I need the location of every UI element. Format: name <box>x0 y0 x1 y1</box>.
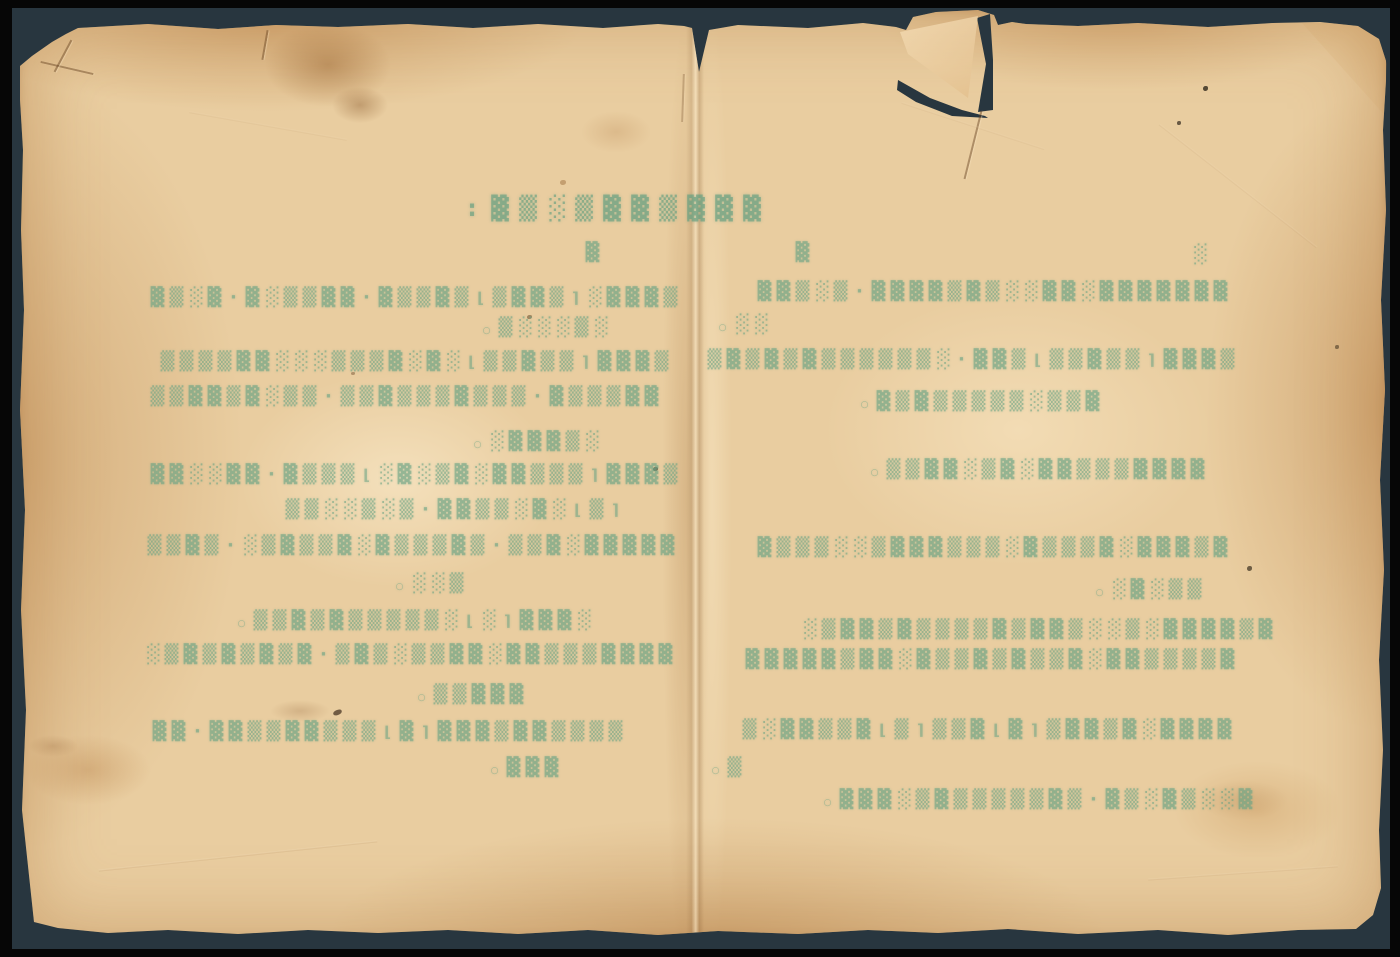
char: ▓ <box>1154 282 1173 302</box>
char: ⌈ <box>576 352 595 372</box>
char: ▒ <box>1027 790 1046 810</box>
bleedthrough-text-line: ░ <box>1190 245 1209 265</box>
char: ▒ <box>450 685 469 705</box>
char: ▒ <box>300 465 319 485</box>
char: ▓ <box>509 465 528 485</box>
char: ▒ <box>384 611 403 631</box>
char: ▒ <box>1142 650 1161 670</box>
char: ▓ <box>395 465 414 485</box>
char: ▓ <box>837 790 856 810</box>
char: ▓ <box>762 650 781 670</box>
char: ▒ <box>743 350 762 370</box>
char: ░ <box>585 288 604 308</box>
char: ▒ <box>952 650 971 670</box>
bleedthrough-text-line: ▓▓▓○ <box>485 758 561 778</box>
char: ▓ <box>504 645 523 665</box>
char: ⌋ <box>357 465 376 485</box>
char: ▓ <box>486 196 514 223</box>
char: ▓ <box>743 650 762 670</box>
char: ▒ <box>433 465 452 485</box>
char: ░ <box>800 620 819 640</box>
char: ░ <box>563 536 582 556</box>
bleedthrough-text-line: ▓▒▒░▒▒▒▒▒▓▒▓○ <box>855 392 1102 412</box>
char: ▒ <box>500 352 519 372</box>
char: ▒ <box>506 536 525 556</box>
char: ▒ <box>557 352 576 372</box>
char: ▒ <box>403 611 422 631</box>
char: ░ <box>933 350 952 370</box>
char: ○ <box>477 321 496 341</box>
char: ▒ <box>1123 350 1142 370</box>
char: ▒ <box>869 538 888 558</box>
char: ▒ <box>951 790 970 810</box>
char: · <box>357 288 376 308</box>
char: ▒ <box>164 536 183 556</box>
char: · <box>850 282 869 302</box>
char: ░ <box>850 538 869 558</box>
bleedthrough-text-line: ▓▒▒▒▒▓▓░▓▒▒▓▒▓▒▒▓░▓▓▒▓▓▓▓▓ <box>743 650 1237 670</box>
char: ▓ <box>604 465 623 485</box>
bleedthrough-text-line: ░▓▓▓⌈░⌋░▒▒▒▒▒▓▒▓▒▒○ <box>232 611 593 631</box>
char: ○ <box>865 463 884 483</box>
char: ▒ <box>587 500 606 520</box>
char: ▓ <box>710 196 738 223</box>
char: ▓ <box>488 685 507 705</box>
char: ○ <box>818 793 837 813</box>
char: ⌋ <box>873 720 892 740</box>
char: ▒ <box>283 500 302 520</box>
char: ▓ <box>547 387 566 407</box>
char: ▓ <box>1047 620 1066 640</box>
char: ░ <box>582 432 601 452</box>
char: ░ <box>186 465 205 485</box>
char: ░ <box>534 318 553 338</box>
char: ▓ <box>289 611 308 631</box>
bleedthrough-text-line: ▒▓▓▓⌈▒▒▒▓▓░▓▒░▓░⌋▒▒▒▓·▓▓░░▓▓ <box>148 465 680 485</box>
char: ▓ <box>490 465 509 485</box>
char: ▒ <box>835 720 854 740</box>
char: ▒ <box>1199 650 1218 670</box>
bleedthrough-text-line: ░░○ <box>713 315 770 335</box>
char: ▓ <box>1160 790 1179 810</box>
char: ▒ <box>1218 350 1237 370</box>
char: ⌈ <box>566 288 585 308</box>
char: ▓ <box>781 650 800 670</box>
char: ⌋ <box>568 500 587 520</box>
char: ▒ <box>397 500 416 520</box>
char: ▒ <box>308 611 327 631</box>
char: ▒ <box>812 538 831 558</box>
char: ▓ <box>637 645 656 665</box>
char: ▒ <box>990 650 1009 670</box>
char: ▒ <box>148 387 167 407</box>
char: ▒ <box>346 611 365 631</box>
char: ▒ <box>793 282 812 302</box>
char: ░ <box>1109 580 1128 600</box>
char: ▒ <box>490 288 509 308</box>
bleedthrough-text-line: ░▒▓▓▓░○ <box>468 432 601 452</box>
char: ▓ <box>509 288 528 308</box>
document-title: ▓▓▓▒▓▓▒░▒▓: <box>458 196 766 223</box>
char: ▒ <box>781 350 800 370</box>
char: ▒ <box>338 465 357 485</box>
char: ▒ <box>525 536 544 556</box>
char: ▒ <box>774 538 793 558</box>
char: ▓ <box>1173 282 1192 302</box>
char: ▒ <box>979 460 998 480</box>
char: ▒ <box>447 574 466 594</box>
char: ▒ <box>949 720 968 740</box>
char: ░ <box>515 318 534 338</box>
char: ▒ <box>316 536 335 556</box>
char: ▓ <box>253 352 272 372</box>
char: ▒ <box>392 536 411 556</box>
char: ▒ <box>604 387 623 407</box>
char: ▒ <box>1008 790 1027 810</box>
char: ▒ <box>831 282 850 302</box>
char: ▒ <box>433 387 452 407</box>
bleedthrough-text-layer: ▓▓▓▒▓▓▒░▒▓:▓▒▓▓▓░⌈▒▓▓▒⌋▒▓▒▒▓·▓▓▒▒░▓·▓░▒▓… <box>18 10 1386 938</box>
char: ▓ <box>990 350 1009 370</box>
char: ▒ <box>321 722 340 742</box>
char: ░ <box>443 352 462 372</box>
char: ▒ <box>983 282 1002 302</box>
char: ▓ <box>167 465 186 485</box>
char: ▓ <box>941 460 960 480</box>
char: ▒ <box>969 392 988 412</box>
char: ▓ <box>857 650 876 670</box>
char: ░ <box>485 645 504 665</box>
char: ▓ <box>964 282 983 302</box>
char: ▓ <box>148 465 167 485</box>
char: ▒ <box>857 350 876 370</box>
char: ░ <box>1190 245 1209 265</box>
char: ▒ <box>1185 580 1204 600</box>
char: ▓ <box>595 352 614 372</box>
char: ▒ <box>971 620 990 640</box>
char: ▓ <box>1215 720 1234 740</box>
char: ▓ <box>525 432 544 452</box>
char: ▓ <box>1021 538 1040 558</box>
char: ⌈ <box>1025 720 1044 740</box>
char: ▓ <box>1161 620 1180 640</box>
bleedthrough-text-line: ▓ <box>793 243 812 263</box>
char: ▓ <box>278 536 297 556</box>
char: ░ <box>1116 538 1135 558</box>
char: ░ <box>378 500 397 520</box>
char: ▒ <box>1047 350 1066 370</box>
char: ▓ <box>1006 720 1025 740</box>
char: ▓ <box>620 536 639 556</box>
char: ▒ <box>158 352 177 372</box>
char: ○ <box>1090 583 1109 603</box>
char: ▒ <box>1237 620 1256 640</box>
char: ▓ <box>530 722 549 742</box>
char: ▓ <box>819 650 838 670</box>
char: ▓ <box>449 536 468 556</box>
char: ▒ <box>1161 650 1180 670</box>
char: ▓ <box>1082 720 1101 740</box>
char: ▒ <box>950 392 969 412</box>
char: ▓ <box>639 536 658 556</box>
char: ▒ <box>297 536 316 556</box>
char: ▒ <box>1064 392 1083 412</box>
char: ▒ <box>884 460 903 480</box>
char: ▓ <box>1154 538 1173 558</box>
char: ▒ <box>542 645 561 665</box>
char: ░ <box>471 465 490 485</box>
char: ▓ <box>1097 282 1116 302</box>
char: ░ <box>409 574 428 594</box>
char: ▒ <box>945 538 964 558</box>
char: ⌈ <box>911 720 930 740</box>
char: ░ <box>405 352 424 372</box>
char: ▓ <box>469 685 488 705</box>
char: ▓ <box>582 536 601 556</box>
char: ▓ <box>1236 790 1255 810</box>
char: ▓ <box>926 282 945 302</box>
bleedthrough-text-line: ▓▒▓▓▓▓░▒░░▒▓▓▒▓▒▒▒▒▓▒▓▓▒░ <box>800 620 1275 640</box>
char: ▒ <box>302 500 321 520</box>
char: ▒ <box>705 350 724 370</box>
char: ▒ <box>167 288 186 308</box>
char: ▒ <box>793 538 812 558</box>
char: ▓ <box>234 352 253 372</box>
char: ▒ <box>1179 790 1198 810</box>
char: · <box>1084 790 1103 810</box>
char: ░ <box>1104 620 1123 640</box>
bleedthrough-text-line: ▒▓▓▓⌈▒▒▓▒▒⌋░▓░▓▒▒▒░░░▓▓▒▒▒▒ <box>158 352 671 372</box>
bleedthrough-text-line: ⌈▒⌋░▓░▒▒▓▓·▒░▒░░▒▒ <box>283 500 625 520</box>
char: ▒ <box>365 611 384 631</box>
char: ▓ <box>454 500 473 520</box>
char: ▒ <box>481 352 500 372</box>
char: ░ <box>831 538 850 558</box>
bleedthrough-text-line: ▒▒░▓░○ <box>1090 580 1204 600</box>
char: ⌈ <box>1142 350 1161 370</box>
char: ▓ <box>352 645 371 665</box>
char: ▒ <box>145 536 164 556</box>
char: ▓ <box>623 465 642 485</box>
char: ▓ <box>876 650 895 670</box>
char: ▓ <box>642 465 661 485</box>
char: ▓ <box>874 392 893 412</box>
char: ▓ <box>907 282 926 302</box>
char: ▒ <box>570 196 598 223</box>
char: ▒ <box>1101 720 1120 740</box>
char: ▓ <box>856 790 875 810</box>
char: ▓ <box>1120 720 1139 740</box>
char: ▓ <box>373 536 392 556</box>
char: ▓ <box>435 500 454 520</box>
char: ▒ <box>572 318 591 338</box>
char: ▓ <box>1150 460 1169 480</box>
char: ▒ <box>895 350 914 370</box>
char: ▓ <box>888 538 907 558</box>
char: ▒ <box>1059 538 1078 558</box>
char: ⌋ <box>378 722 397 742</box>
char: ▓ <box>302 722 321 742</box>
char: ▒ <box>538 352 557 372</box>
char: ▓ <box>169 722 188 742</box>
char: ▓ <box>1173 538 1192 558</box>
char: ▓ <box>1158 720 1177 740</box>
char: ▓ <box>1199 350 1218 370</box>
char: ▒ <box>422 611 441 631</box>
char: ▓ <box>183 536 202 556</box>
char: ▒ <box>1044 720 1063 740</box>
char: ▓ <box>1063 720 1082 740</box>
char: ▓ <box>1059 282 1078 302</box>
char: ▓ <box>583 243 602 263</box>
char: ▒ <box>359 500 378 520</box>
char: ░ <box>1017 460 1036 480</box>
char: ░ <box>205 465 224 485</box>
char: ▒ <box>1093 460 1112 480</box>
char: ░ <box>895 650 914 670</box>
char: ░ <box>759 720 778 740</box>
char: ▓ <box>623 387 642 407</box>
char: ░ <box>291 352 310 372</box>
char: ▓ <box>433 288 452 308</box>
char: ▓ <box>528 288 547 308</box>
char: ▓ <box>536 611 555 631</box>
char: ▒ <box>893 392 912 412</box>
char: ▒ <box>270 611 289 631</box>
char: ▒ <box>1047 650 1066 670</box>
char: ▓ <box>682 196 710 223</box>
char: ▓ <box>658 536 677 556</box>
char: ▒ <box>1045 392 1064 412</box>
char: ▓ <box>1218 620 1237 640</box>
char: ▓ <box>1196 720 1215 740</box>
char: ▓ <box>1180 350 1199 370</box>
char: ░ <box>542 196 570 223</box>
char: ▒ <box>348 352 367 372</box>
char: ▓ <box>506 432 525 452</box>
char: ▒ <box>371 645 390 665</box>
char: ▓ <box>912 392 931 412</box>
bleedthrough-text-line: ░▒░░░▒○ <box>477 318 610 338</box>
char: ▒ <box>988 392 1007 412</box>
char: ░ <box>487 432 506 452</box>
char: ▓ <box>1066 650 1085 670</box>
char: ▒ <box>876 620 895 640</box>
char: ░ <box>1002 538 1021 558</box>
char: ▓ <box>319 288 338 308</box>
char: ▒ <box>606 722 625 742</box>
char: ▒ <box>930 720 949 740</box>
bleedthrough-text-line: ▓▓▓▒▒○ <box>412 685 526 705</box>
char: ▓ <box>205 288 224 308</box>
bleedthrough-text-line: ▓ <box>583 243 602 263</box>
char: ▓ <box>386 352 405 372</box>
char: ▒ <box>196 352 215 372</box>
char: ░ <box>1021 282 1040 302</box>
char: ▓ <box>205 387 224 407</box>
char: ▒ <box>492 500 511 520</box>
char: ▒ <box>549 722 568 742</box>
bleedthrough-text-line: ▓▓▓▓▒▒▒▓▓░▓▓▒▒░▒▓▒·▓▒▓▒▓▒▓▒░ <box>143 645 675 665</box>
char: · <box>319 387 338 407</box>
char: ○ <box>855 395 874 415</box>
char: ░ <box>340 500 359 520</box>
char: ▓ <box>869 282 888 302</box>
char: · <box>221 536 240 556</box>
char: ▒ <box>167 387 186 407</box>
char: ▒ <box>431 685 450 705</box>
char: · <box>487 536 506 556</box>
char: ▒ <box>983 538 1002 558</box>
char: ▓ <box>243 465 262 485</box>
char: ▒ <box>1040 538 1059 558</box>
char: ▓ <box>224 465 243 485</box>
char: ▓ <box>452 465 471 485</box>
char: ▓ <box>724 350 743 370</box>
char: ░ <box>1198 790 1217 810</box>
char: ▓ <box>517 611 536 631</box>
char: ▓ <box>1083 392 1102 412</box>
char: · <box>314 645 333 665</box>
char: ░ <box>574 611 593 631</box>
char: · <box>262 465 281 485</box>
char: ░ <box>553 318 572 338</box>
char: ▒ <box>202 536 221 556</box>
char: ▓ <box>755 282 774 302</box>
char: ░ <box>1002 282 1021 302</box>
char: ▒ <box>566 465 585 485</box>
char: ▒ <box>177 352 196 372</box>
char: ▓ <box>755 538 774 558</box>
char: ▒ <box>903 460 922 480</box>
char: ▒ <box>816 720 835 740</box>
char: ░ <box>1139 720 1158 740</box>
char: ▓ <box>888 282 907 302</box>
char: ▓ <box>838 620 857 640</box>
char: ▒ <box>1122 790 1141 810</box>
char: ▓ <box>998 460 1017 480</box>
char: ○ <box>412 688 431 708</box>
char: ▓ <box>656 645 675 665</box>
char: ▓ <box>555 611 574 631</box>
char: ▒ <box>1112 460 1131 480</box>
char: ▓ <box>968 720 987 740</box>
char: ▓ <box>473 722 492 742</box>
char: ▒ <box>471 387 490 407</box>
char: ○ <box>706 761 725 781</box>
char: ░ <box>390 645 409 665</box>
char: ▒ <box>395 387 414 407</box>
char: ▓ <box>971 350 990 370</box>
bleedthrough-text-line: ▓▓▒▒▒▓·▒▒▒▓▒▒▒▓▒▒·▒▒░▓▒▓▓▒▒ <box>148 387 661 407</box>
char: ▒ <box>430 536 449 556</box>
char: ▒ <box>1166 580 1185 600</box>
char: ▓ <box>800 350 819 370</box>
char: ▒ <box>514 196 542 223</box>
char: ▒ <box>411 536 430 556</box>
char: ▓ <box>544 432 563 452</box>
char: ▓ <box>633 352 652 372</box>
char: ⌋ <box>462 352 481 372</box>
char: ▒ <box>200 645 219 665</box>
char: ▒ <box>509 387 528 407</box>
char: ▓ <box>397 722 416 742</box>
char: ▓ <box>424 352 443 372</box>
char: ▓ <box>642 387 661 407</box>
char: ▒ <box>215 352 234 372</box>
char: ○ <box>232 614 251 634</box>
char: ░ <box>960 460 979 480</box>
